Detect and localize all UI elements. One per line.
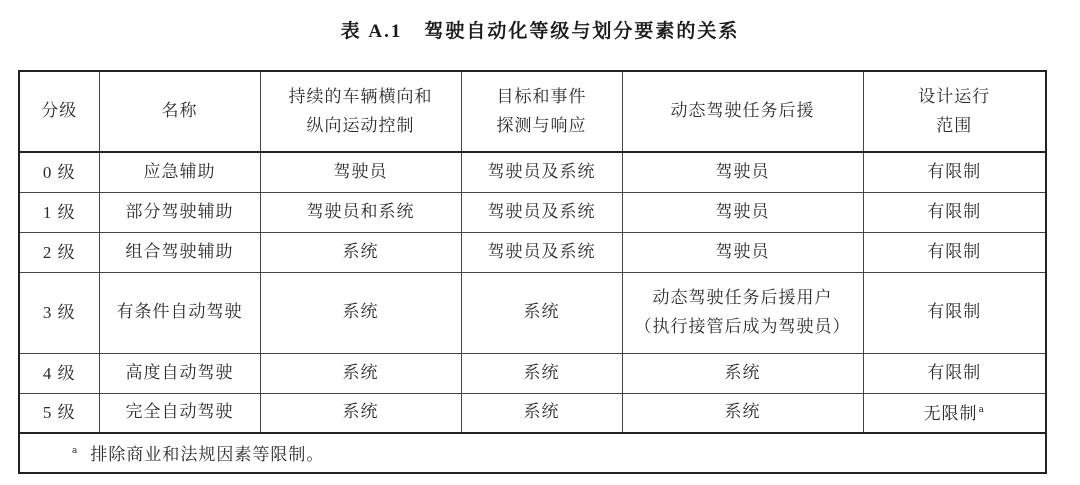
cell-detection: 驾驶员及系统: [461, 192, 622, 232]
table-number: 表 A.1: [341, 21, 403, 42]
fallback-line-2: （执行接管后成为驾驶员）: [635, 317, 851, 337]
cell-name: 应急辅助: [99, 152, 260, 192]
cell-name: 高度自动驾驶: [99, 353, 260, 393]
footnote-mark: a: [72, 446, 78, 456]
table-title: 表 A.1驾驶自动化等级与划分要素的关系: [0, 16, 1080, 43]
header-detection: 目标和事件探测与响应: [461, 71, 622, 152]
cell-level: 4 级: [19, 353, 99, 393]
cell-name: 完全自动驾驶: [99, 393, 260, 433]
cell-level: 1 级: [19, 192, 99, 232]
cell-control: 驾驶员: [260, 152, 461, 192]
cell-name: 组合驾驶辅助: [99, 232, 260, 272]
cell-level: 5 级: [19, 393, 99, 433]
header-control: 持续的车辆横向和纵向运动控制: [260, 71, 461, 152]
cell-level: 0 级: [19, 152, 99, 192]
header-fallback: 动态驾驶任务后援: [622, 71, 863, 152]
cell-fallback: 驾驶员: [622, 192, 863, 232]
cell-fallback: 驾驶员: [622, 232, 863, 272]
cell-odd: 有限制: [863, 353, 1046, 393]
cell-name: 部分驾驶辅助: [99, 192, 260, 232]
cell-odd: 有限制: [863, 232, 1046, 272]
fallback-line-1: 动态驾驶任务后援用户: [653, 288, 833, 308]
automation-levels-table: 分级 名称 持续的车辆横向和纵向运动控制 目标和事件探测与响应 动态驾驶任务后援…: [18, 70, 1047, 474]
cell-fallback: 动态驾驶任务后援用户（执行接管后成为驾驶员）: [622, 272, 863, 353]
table-row: 3 级 有条件自动驾驶 系统 系统 动态驾驶任务后援用户（执行接管后成为驾驶员）…: [19, 272, 1046, 353]
cell-level: 3 级: [19, 272, 99, 353]
header-level: 分级: [19, 71, 99, 152]
table-row: 4 级 高度自动驾驶 系统 系统 系统 有限制: [19, 353, 1046, 393]
cell-level: 2 级: [19, 232, 99, 272]
table-caption: 驾驶自动化等级与划分要素的关系: [424, 20, 739, 42]
cell-detection: 系统: [461, 393, 622, 433]
header-name: 名称: [99, 71, 260, 152]
cell-detection: 系统: [461, 353, 622, 393]
cell-odd: 有限制: [863, 192, 1046, 232]
table-row: 1 级 部分驾驶辅助 驾驶员和系统 驾驶员及系统 驾驶员 有限制: [19, 192, 1046, 232]
header-odd: 设计运行范围: [863, 71, 1046, 152]
cell-odd: 有限制: [863, 272, 1046, 353]
footnote-row: a排除商业和法规因素等限制。: [19, 433, 1046, 473]
cell-control: 系统: [260, 353, 461, 393]
footnote-cell: a排除商业和法规因素等限制。: [19, 433, 1046, 473]
cell-name: 有条件自动驾驶: [99, 272, 260, 353]
table-row: 5 级 完全自动驾驶 系统 系统 系统 无限制a: [19, 393, 1046, 433]
cell-odd: 有限制: [863, 152, 1046, 192]
cell-fallback: 驾驶员: [622, 152, 863, 192]
cell-control: 驾驶员和系统: [260, 192, 461, 232]
cell-detection: 系统: [461, 272, 622, 353]
table-row: 0 级 应急辅助 驾驶员 驾驶员及系统 驾驶员 有限制: [19, 152, 1046, 192]
header-row: 分级 名称 持续的车辆横向和纵向运动控制 目标和事件探测与响应 动态驾驶任务后援…: [19, 71, 1046, 152]
footnote-text: 排除商业和法规因素等限制。: [90, 445, 324, 465]
table-row: 2 级 组合驾驶辅助 系统 驾驶员及系统 驾驶员 有限制: [19, 232, 1046, 272]
footnote-marker: a: [979, 405, 985, 415]
cell-detection: 驾驶员及系统: [461, 152, 622, 192]
odd-value: 无限制: [924, 404, 978, 424]
cell-control: 系统: [260, 393, 461, 433]
cell-detection: 驾驶员及系统: [461, 232, 622, 272]
cell-control: 系统: [260, 232, 461, 272]
cell-fallback: 系统: [622, 393, 863, 433]
cell-control: 系统: [260, 272, 461, 353]
cell-fallback: 系统: [622, 353, 863, 393]
cell-odd: 无限制a: [863, 393, 1046, 433]
